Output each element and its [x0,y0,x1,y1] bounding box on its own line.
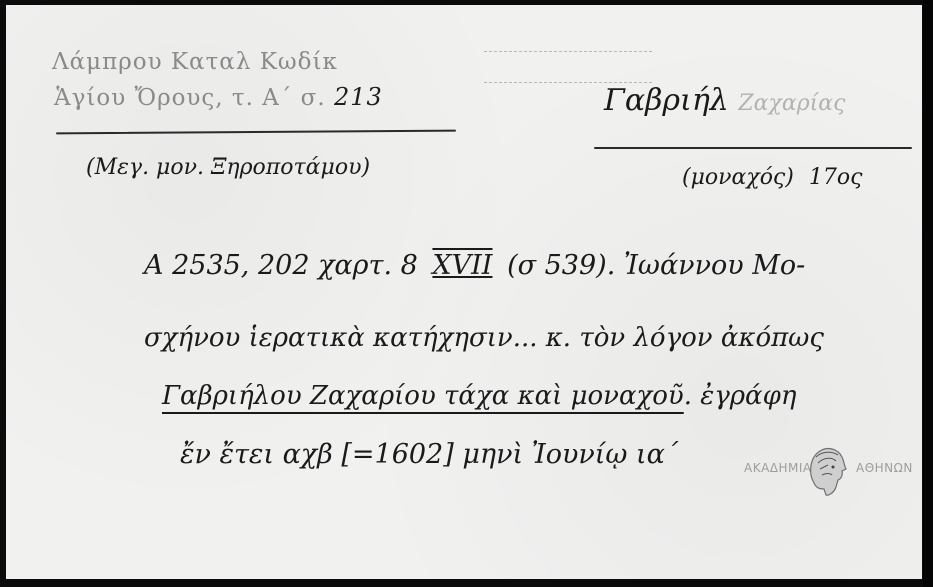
scribe-role: (μοναχός) 17ος [682,165,862,190]
body-line-3: Γαβριήλου Ζαχαρίου τάχα καὶ μοναχοῦ. ἐγρ… [162,381,796,411]
monastery-subtitle: (Μεγ. μον. Ξηροποτάμου) [86,155,370,180]
stamp-left-text: ΑΚΑΔΗΜΙΑ [744,461,812,475]
catalog-reference-line-2: Ἁγίου Ὄρους, τ. Α΄ σ. 213 [54,83,383,111]
scribe-colophon-name: Γαβριήλου Ζαχαρίου τάχα καὶ μοναχοῦ [162,381,684,411]
index-card: Λάμπρου Καταλ Κωδίκ Ἁγίου Ὄρους, τ. Α΄ σ… [6,5,922,579]
academy-stamp: ΑΚΑΔΗΜΙΑ ΑΘΗΝΩΝ [774,439,933,509]
scribe-century: 17ος [809,165,863,190]
scribe-name: Γαβριήλ Ζαχαρίας [604,83,845,118]
scribe-role-text: (μοναχός) [682,165,794,190]
scribe-first-name: Γαβριήλ [604,83,729,118]
catalog-page-number: 213 [334,83,383,111]
manuscript-shelfmark: Α 2535, 202 χαρτ. 8 [144,250,418,281]
body-line-1: Α 2535, 202 χαρτ. 8 XVII (σ 539). Ἰωάννο… [144,250,805,281]
body-line-2: σχήνου ἱερατικὰ κατήχησιν... κ. τὸν λόγο… [144,323,824,353]
scan-border-right [923,0,933,587]
manuscript-content-start: (σ 539). Ἰωάννου Μο- [507,250,805,281]
athena-head-emblem-icon [806,443,848,497]
catalog-reference-line-1: Λάμπρου Καταλ Κωδίκ [52,49,338,75]
guide-line-1 [484,51,652,53]
header-left-rule [56,130,456,135]
body-line-4: ἔν ἔτει αχβ [=1602] μηνὶ Ἰουνίῳ ια΄ [180,439,678,470]
colophon-wrote: . ἐγράφη [684,381,797,411]
header-right-rule [594,147,912,149]
stamp-right-text: ΑΘΗΝΩΝ [856,461,913,475]
catalog-reference-volume: Ἁγίου Ὄρους, τ. Α΄ σ. [54,85,326,111]
manuscript-century: XVII [432,250,492,281]
scribe-surname-faded: Ζαχαρίας [738,91,845,116]
